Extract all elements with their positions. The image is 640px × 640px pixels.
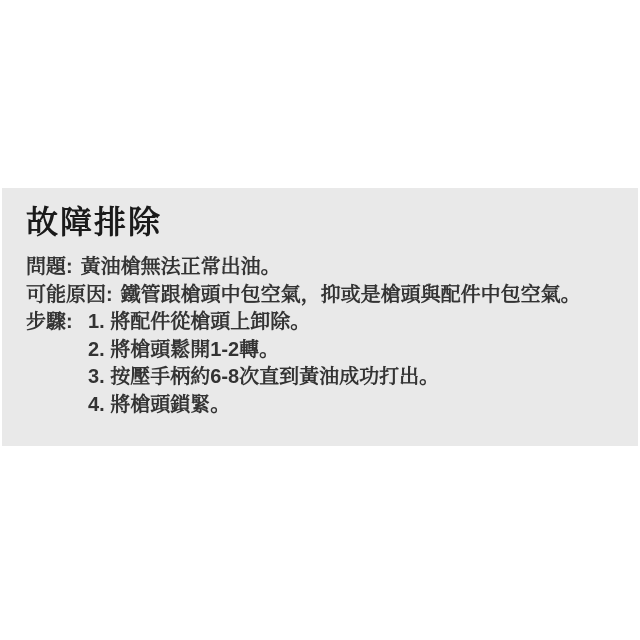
problem-line: 問題:黃油槍無法正常出油。: [26, 254, 618, 282]
problem-text: 黃油槍無法正常出油。: [81, 256, 281, 278]
problem-label: 問題:: [26, 256, 73, 278]
cause-text: 鐵管跟槍頭中包空氣，抑或是槍頭與配件中包空氣。: [121, 284, 581, 306]
troubleshooting-panel: 故障排除 問題:黃油槍無法正常出油。 可能原因:鐵管跟槍頭中包空氣，抑或是槍頭與…: [2, 188, 638, 446]
cause-line: 可能原因:鐵管跟槍頭中包空氣，抑或是槍頭與配件中包空氣。: [26, 282, 618, 310]
section-title: 故障排除: [26, 202, 618, 242]
cause-label: 可能原因:: [26, 284, 113, 306]
step-item-4: 4. 將槍頭鎖緊。: [88, 392, 618, 420]
steps-section: 步驟: 1. 將配件從槍頭上卸除。 2. 將槍頭鬆開1-2轉。 3. 按壓手柄約…: [26, 309, 618, 419]
steps-label: 步驟:: [26, 309, 88, 337]
step-item-3: 3. 按壓手柄約6-8次直到黃油成功打出。: [88, 364, 618, 392]
step-item-2: 2. 將槍頭鬆開1-2轉。: [88, 337, 618, 365]
step-item-1: 1. 將配件從槍頭上卸除。: [88, 309, 618, 337]
steps-list: 1. 將配件從槍頭上卸除。 2. 將槍頭鬆開1-2轉。 3. 按壓手柄約6-8次…: [88, 309, 618, 419]
